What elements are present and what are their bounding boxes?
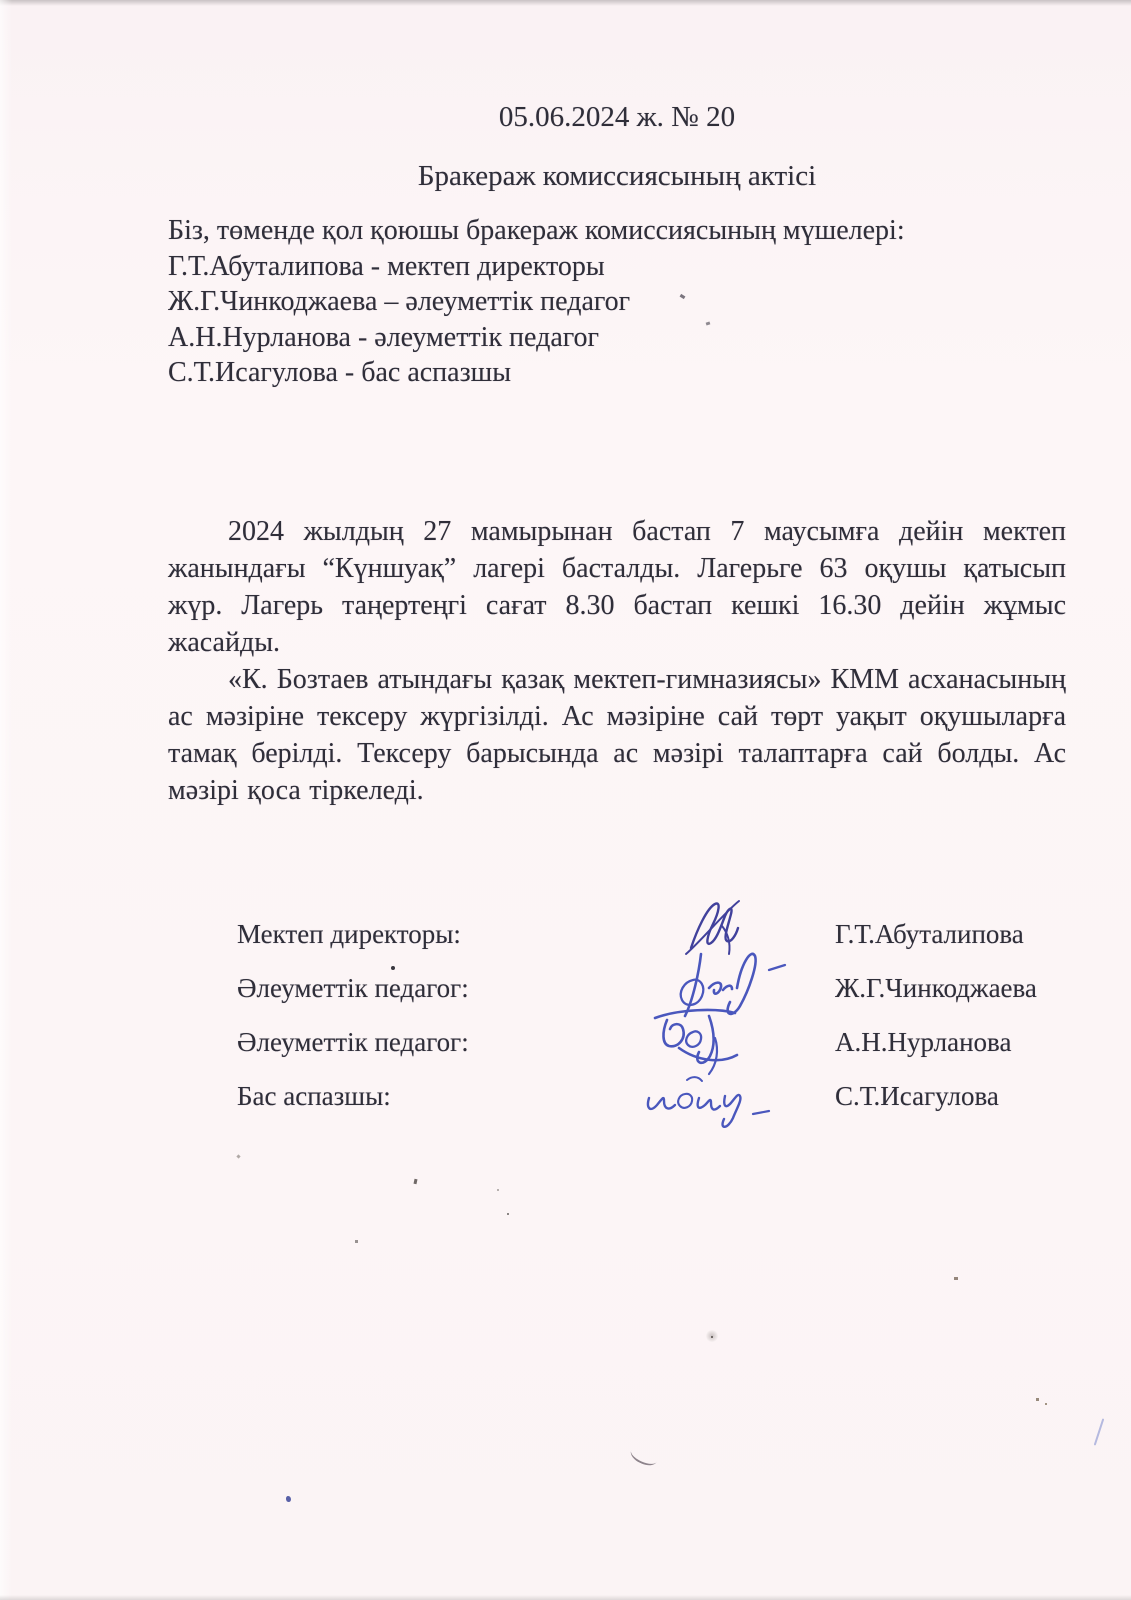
signer-name: А.Н.Нурланова [835,1027,1066,1058]
document-body: 2024 жылдың 27 мамырынан бастап 7 маусым… [168,513,1066,809]
commission-members-list: Біз, төменде қол қоюшы бракераж комиссия… [168,213,1066,391]
signer-name: Ж.Г.Чинкоджаева [835,973,1066,1004]
scan-speck [1036,1398,1039,1401]
signer-role: Әлеуметтік педагог: [237,1027,637,1058]
member-item: А.Н.Нурланова - әлеуметтік педагог [168,320,1066,356]
body-paragraph: «К. Бозтаев атындағы қазақ мектеп-гимназ… [168,661,1066,809]
scan-speck [1045,1403,1047,1405]
scan-speck [391,966,395,970]
scan-speck [507,1213,509,1215]
signature-block: Мектеп директоры: Г.Т.Абуталипова Әлеуме… [168,908,1066,1124]
scan-ink-speck [286,1496,291,1502]
signer-role: Мектеп директоры: [237,919,637,950]
scan-speck [954,1277,958,1280]
member-item: Ж.Г.Чинкоджаева – әлеуметтік педагог [168,284,1066,320]
scanner-edge-bottom [0,1595,1131,1600]
signature-row: Мектеп директоры: Г.Т.Абуталипова [237,908,1066,962]
signer-name: С.Т.Исагулова [835,1081,1066,1112]
signature-ink-graphic [637,1070,835,1124]
scan-smudge [706,1330,718,1342]
body-paragraph: 2024 жылдың 27 мамырынан бастап 7 маусым… [168,513,1066,661]
document-date-number: 05.06.2024 ж. № 20 [168,98,1066,136]
document-title: Бракераж комиссиясының актісі [168,157,1066,195]
signature-ink-graphic [637,1016,835,1070]
signature-row: Әлеуметтік педагог: А.Н.Нурланова [237,1016,1066,1070]
signer-role: Әлеуметтік педагог: [237,973,637,1004]
signer-name: Г.Т.Абуталипова [835,919,1066,950]
commission-intro-line: Біз, төменде қол қоюшы бракераж комиссия… [168,213,1066,249]
scanned-document-page: { "document": { "date_line": "05.06.2024… [0,0,1131,1600]
member-item: С.Т.Исагулова - бас аспазшы [168,355,1066,391]
document-page: 05.06.2024 ж. № 20 Бракераж комиссиясыны… [0,0,1131,1600]
scan-speck [497,1189,499,1191]
signer-role: Бас аспазшы: [237,1081,637,1112]
signature-row: Бас аспазшы: С.Т.Исагулова [237,1070,1066,1124]
member-item: Г.Т.Абуталипова - мектеп директоры [168,249,1066,285]
scan-speck [355,1240,358,1243]
